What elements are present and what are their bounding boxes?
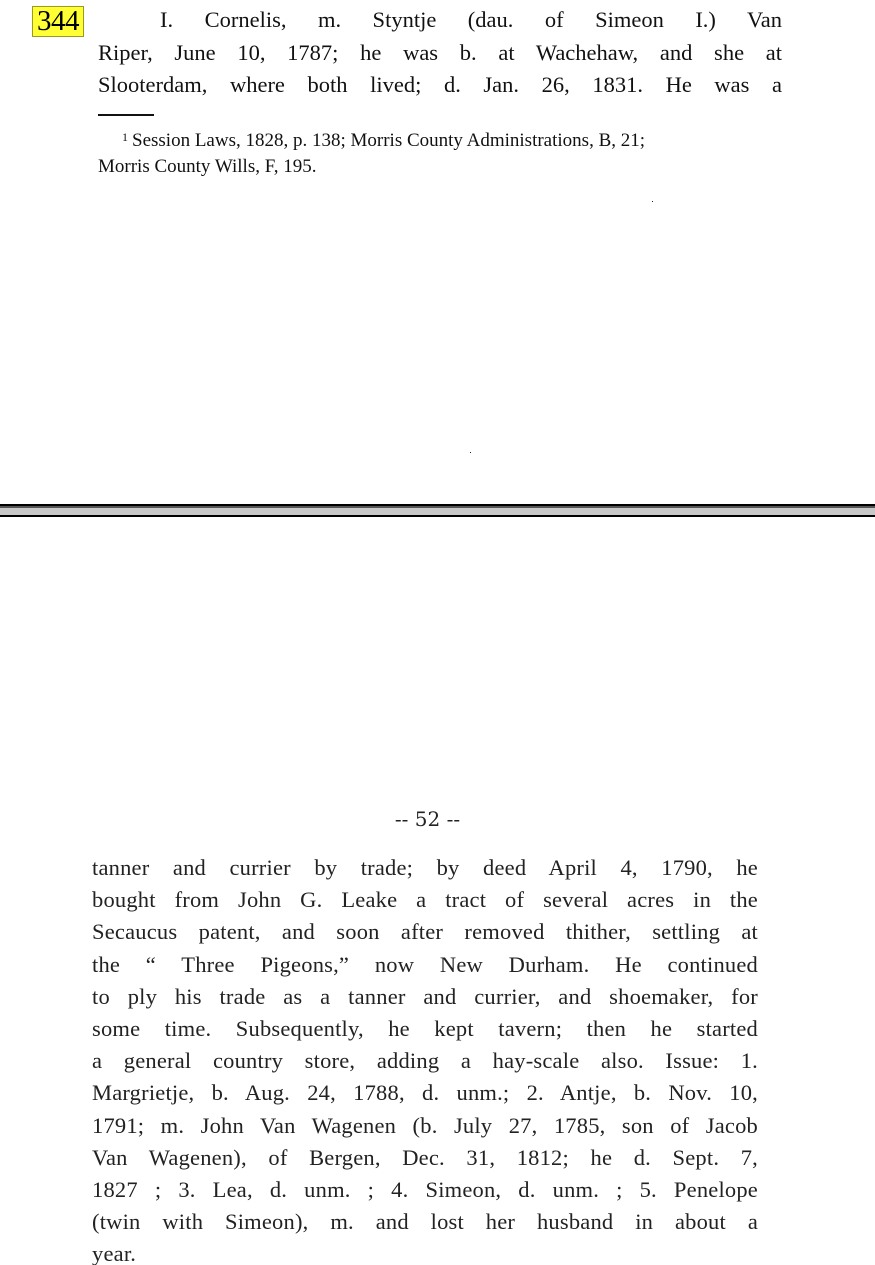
text-line: Van Wagenen), of Bergen, Dec. 31, 1812; … (92, 1142, 758, 1174)
footnote-divider (98, 114, 154, 116)
text-line: (twin with Simeon), m. and lost her husb… (92, 1206, 758, 1238)
scan-speck (470, 452, 471, 453)
text-line: the “ Three Pigeons,” now New Durham. He… (92, 949, 758, 981)
text-line: year. (92, 1238, 758, 1265)
scan-speck (652, 201, 653, 202)
page-separator-bar (0, 504, 875, 517)
footnote-line: 1Session Laws, 1828, p. 138; Morris Coun… (98, 124, 782, 154)
text-line: I. Cornelis, m. Styntje (dau. of Simeon … (98, 4, 782, 37)
footnote-marker: 1 (122, 130, 128, 144)
top-page-paragraph: I. Cornelis, m. Styntje (dau. of Simeon … (98, 4, 782, 102)
text-line: tanner and currier by trade; by deed Apr… (92, 852, 758, 884)
text-line: Margrietje, b. Aug. 24, 1788, d. unm.; 2… (92, 1077, 758, 1109)
page-number: -- 52 -- (0, 807, 855, 831)
top-page-scan: 344 I. Cornelis, m. Styntje (dau. of Sim… (0, 0, 875, 504)
text-line: Slooterdam, where both lived; d. Jan. 26… (98, 69, 782, 102)
footnote: 1Session Laws, 1828, p. 138; Morris Coun… (98, 124, 782, 180)
text-line: to ply his trade as a tanner and currier… (92, 981, 758, 1013)
footnote-line: Morris County Wills, F, 195. (98, 154, 782, 180)
text-line: bought from John G. Leake a tract of sev… (92, 884, 758, 916)
text-line: Secaucus patent, and soon after removed … (92, 916, 758, 948)
text-line: 1827 ; 3. Lea, d. unm. ; 4. Simeon, d. u… (92, 1174, 758, 1206)
bottom-page-paragraph: tanner and currier by trade; by deed Apr… (92, 852, 758, 1265)
text-line: some time. Subsequently, he kept tavern;… (92, 1013, 758, 1045)
page-number-highlight: 344 (32, 6, 84, 37)
footnote-text: Session Laws, 1828, p. 138; Morris Count… (132, 130, 645, 151)
text-line: 1791; m. John Van Wagenen (b. July 27, 1… (92, 1110, 758, 1142)
text-line: a general country store, adding a hay-sc… (92, 1045, 758, 1077)
bottom-page-scan: -- 52 -- tanner and currier by trade; by… (0, 517, 875, 1265)
text-line: Riper, June 10, 1787; he was b. at Wache… (98, 37, 782, 70)
